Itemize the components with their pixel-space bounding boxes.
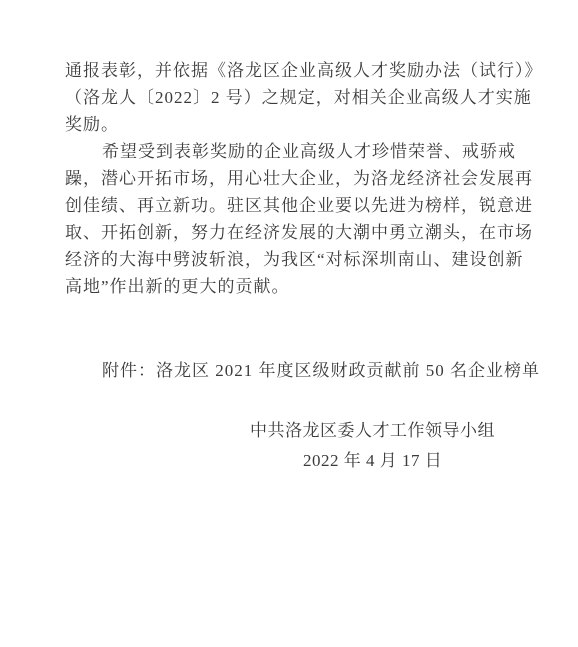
document-page: 通报表彰，并依据《洛龙区企业高级人才奖励办法（试行）》（洛龙人〔2022〕2 号… [0, 0, 578, 647]
body-line: 高地”作出新的更大的贡献。 [65, 273, 512, 300]
date-line: 2022 年 4 月 17 日 [303, 447, 442, 474]
body-line: 希望受到表彰奖励的企业高级人才珍惜荣誉、戒骄戒 [65, 138, 512, 165]
body-line: 通报表彰，并依据《洛龙区企业高级人才奖励办法（试行）》 [65, 57, 512, 84]
body-text: 通报表彰，并依据《洛龙区企业高级人才奖励办法（试行）》（洛龙人〔2022〕2 号… [65, 57, 512, 300]
signature-line: 中共洛龙区委人才工作领导小组 [250, 417, 495, 444]
body-line: 取、开拓创新，努力在经济发展的大潮中勇立潮头，在市场 [65, 219, 512, 246]
body-line: 创佳绩、再立新功。驻区其他企业要以先进为榜样，锐意进 [65, 192, 512, 219]
body-line: 经济的大海中劈波斩浪，为我区“对标深圳南山、建设创新 [65, 246, 512, 273]
body-line: 躁，潜心开拓市场，用心壮大企业，为洛龙经济社会发展再 [65, 165, 512, 192]
attachment-line: 附件：洛龙区 2021 年度区级财政贡献前 50 名企业榜单 [102, 357, 540, 384]
body-line: （洛龙人〔2022〕2 号）之规定，对相关企业高级人才实施 [65, 84, 512, 111]
body-line: 奖励。 [65, 111, 512, 138]
